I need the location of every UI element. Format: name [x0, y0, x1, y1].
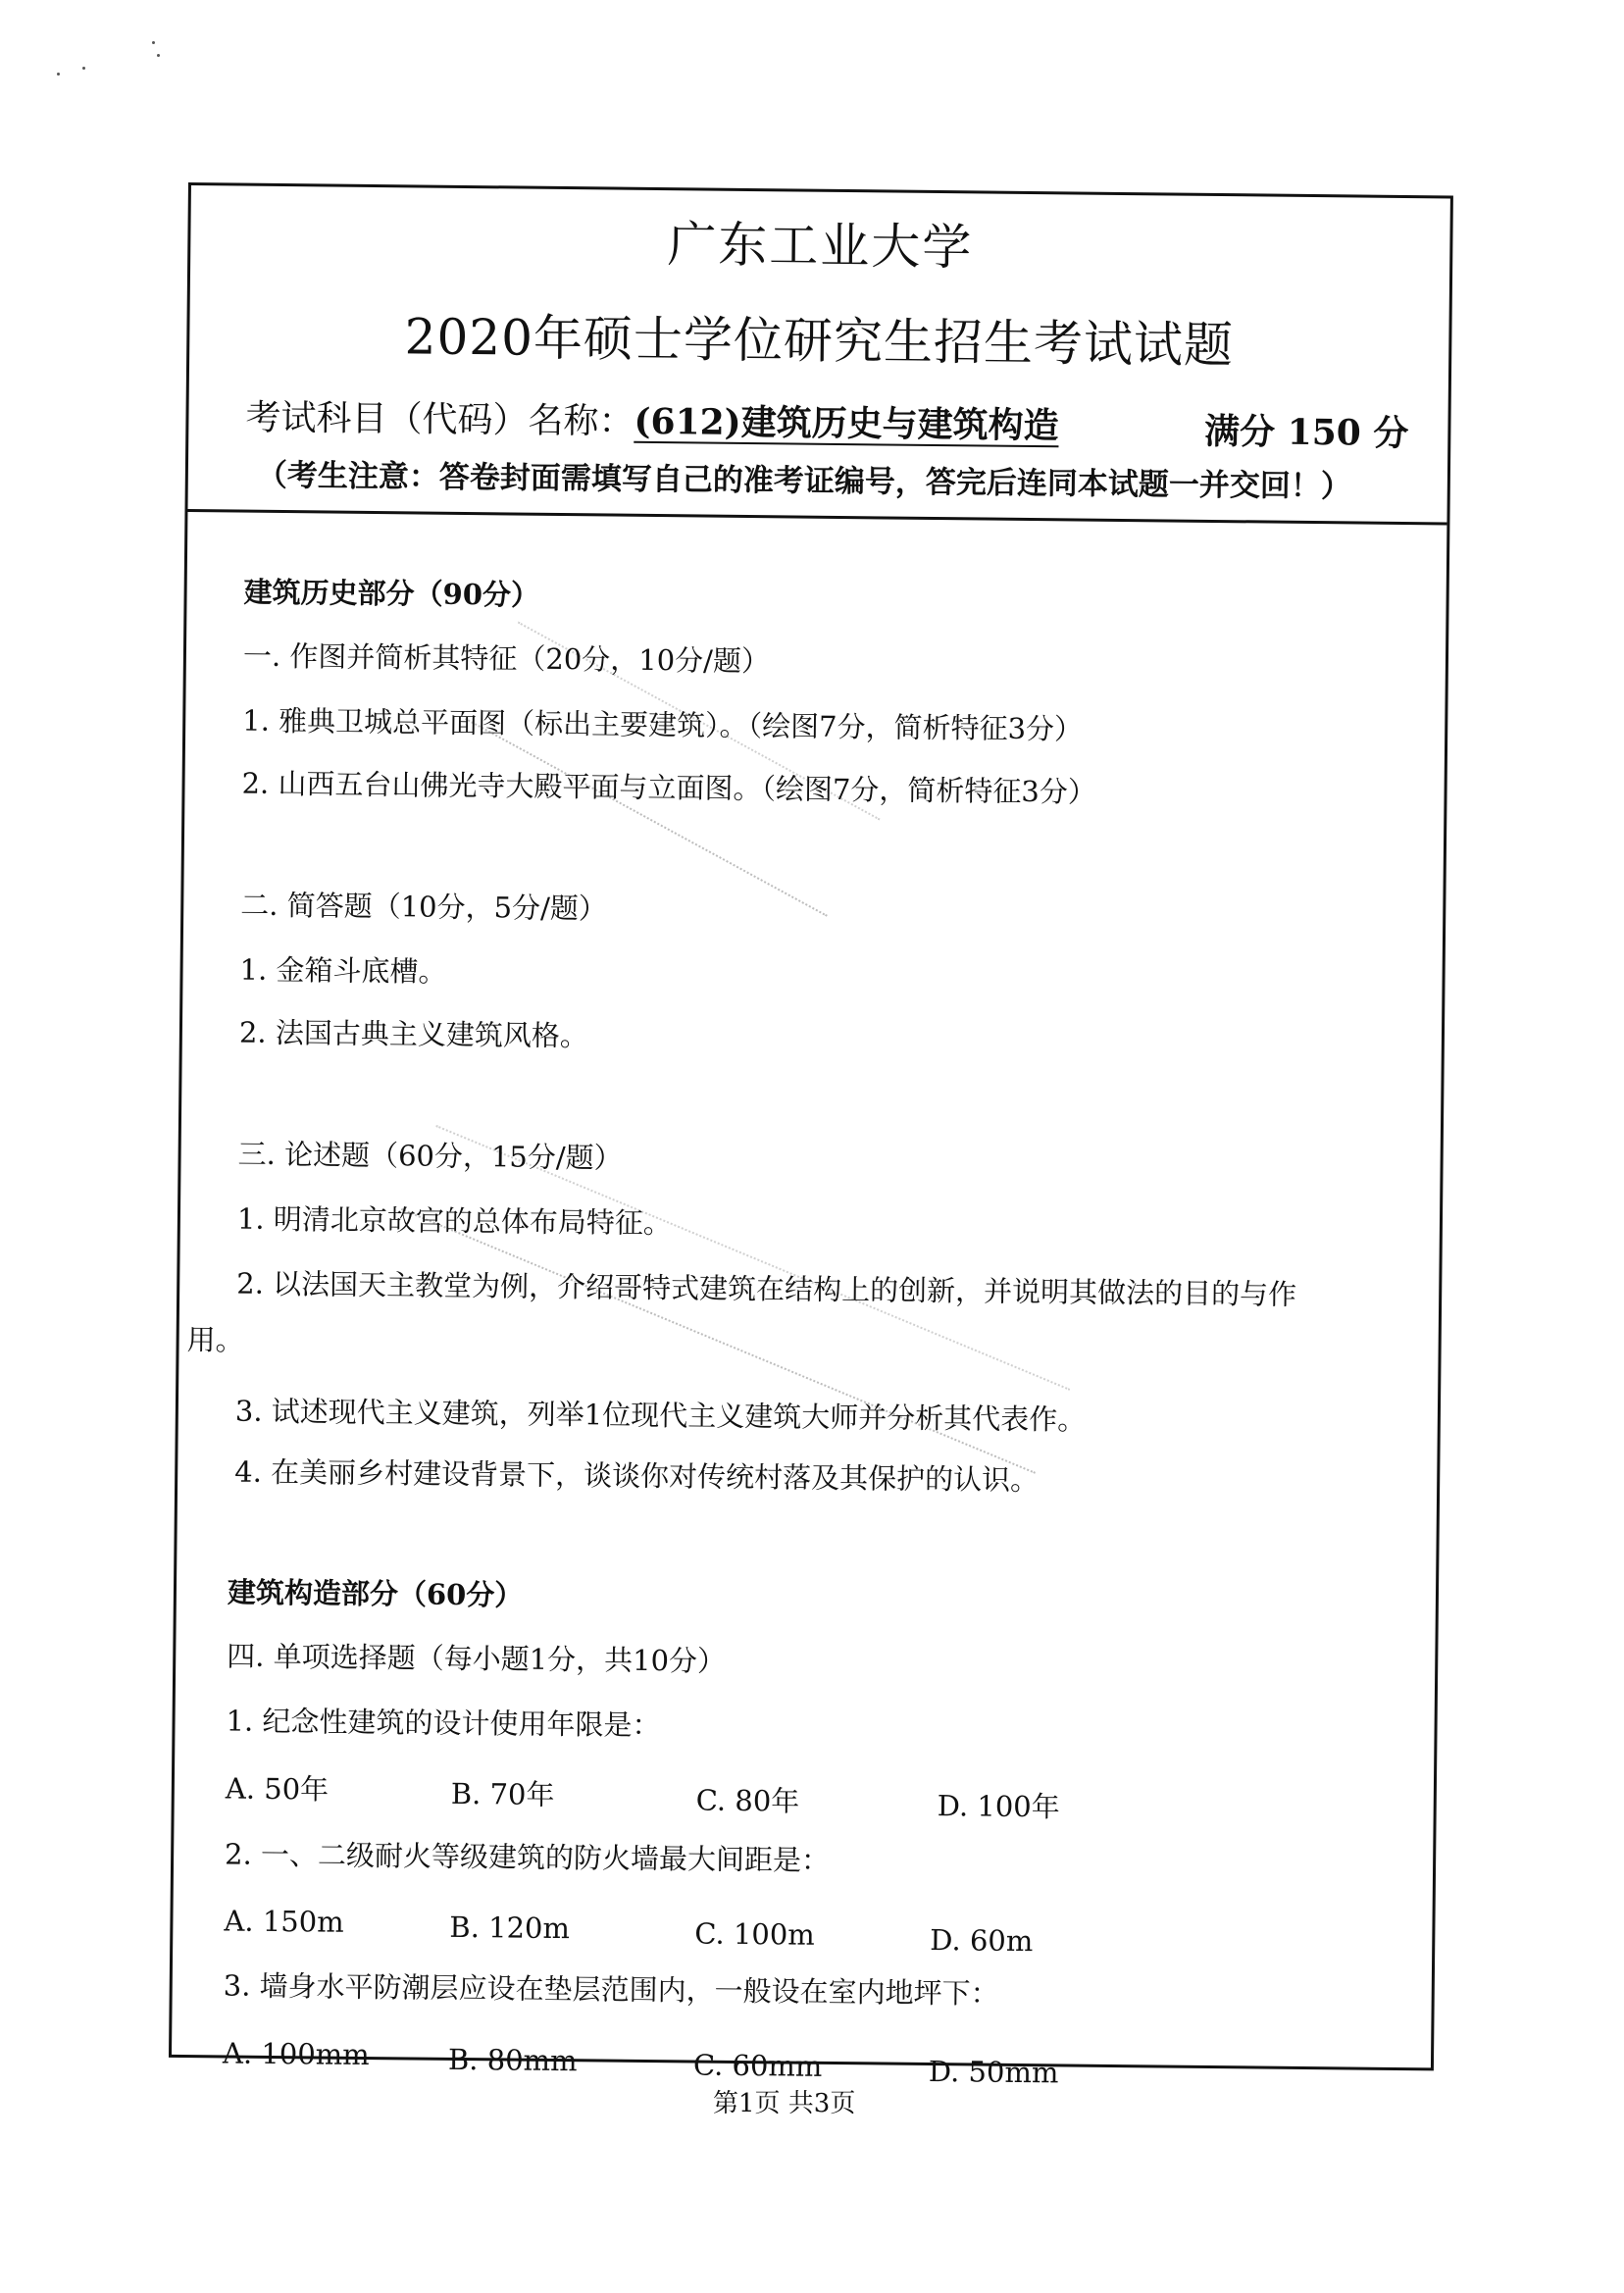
question-item: 1. 雅典卫城总平面图（标出主要建筑）。（绘图7分，简析特征3分） — [242, 707, 1083, 744]
section-2-title: 二. 简答题（10分，5分/题） — [240, 892, 607, 924]
mc-option-b: B. 70年 — [451, 1780, 555, 1809]
mc-option-d: D. 100年 — [938, 1792, 1060, 1821]
exam-frame: 广东工业大学 2020年硕士学位研究生招生考试试题 考试科目（代码）名称：(61… — [169, 182, 1453, 2070]
question-item: 1. 明清北京故宫的总体布局特征。 — [237, 1205, 672, 1239]
mc-option-b: B. 120m — [449, 1913, 570, 1943]
subject-name: (612)建筑历史与建筑构造 — [634, 401, 1059, 447]
exam-content: 建筑历史部分（90分） 一. 作图并简析其特征（20分，10分/题） 1. 雅典… — [172, 524, 1446, 2067]
mc-option-a: A. 150m — [224, 1907, 344, 1936]
section-3-title: 三. 论述题（60分，15分/题） — [237, 1141, 622, 1173]
question-item: 2. 法国古典主义建筑风格。 — [239, 1019, 588, 1051]
mc-question-stem: 2. 一、二级耐火等级建筑的防火墙最大间距是： — [225, 1840, 830, 1874]
university-name: 广东工业大学 — [190, 215, 1449, 277]
exam-page: 广东工业大学 2020年硕士学位研究生招生考试试题 考试科目（代码）名称：(61… — [0, 0, 1624, 2293]
mc-option-c: C. 100m — [694, 1920, 815, 1950]
section-1-title: 一. 作图并简析其特征（20分，10分/题） — [243, 642, 770, 677]
section-4-title: 四. 单项选择题（每小题1分，共10分） — [227, 1642, 726, 1675]
construction-part-title: 建筑构造部分（60分） — [228, 1578, 524, 1609]
question-item: 1. 金箱斗底槽。 — [239, 956, 446, 987]
candidate-notice: （考生注意：答卷封面需填写自己的准考证编号，答完后连同本试题一并交回！） — [257, 461, 1351, 503]
scan-speck — [57, 73, 60, 76]
question-item: 3. 试述现代主义建筑，列举1位现代主义建筑大师并分析其代表作。 — [235, 1398, 1087, 1435]
mc-option-a: A. 50年 — [226, 1774, 330, 1804]
mc-option-d: D. 60m — [930, 1926, 1033, 1956]
scan-speck — [157, 54, 160, 57]
scan-speck — [152, 41, 155, 44]
question-item: 2. 以法国天主教堂为例，介绍哥特式建筑在结构上的创新，并说明其做法的目的与作 — [236, 1270, 1296, 1309]
header-divider — [187, 509, 1446, 525]
question-item-continuation: 用。 — [186, 1326, 243, 1355]
mc-option-a: A. 100mm — [223, 2039, 370, 2069]
mc-question-stem: 1. 纪念性建筑的设计使用年限是： — [226, 1707, 660, 1740]
page-number: 第1页 共3页 — [713, 2083, 855, 2119]
mc-option-c: C. 60mm — [693, 2051, 823, 2080]
subject-row: 考试科目（代码）名称：(612)建筑历史与建筑构造 — [245, 400, 1059, 445]
question-item: 2. 山西五台山佛光寺大殿平面与立面图。（绘图7分，简析特征3分） — [241, 770, 1096, 807]
mc-question-stem: 3. 墙身水平防潮层应设在垫层范围内，一般设在室内地坪下： — [224, 1971, 999, 2008]
full-score: 满分 150 分 — [1204, 414, 1409, 451]
scan-speck — [82, 67, 85, 70]
subject-label: 考试科目（代码）名称： — [245, 398, 634, 442]
mc-option-d: D. 50mm — [929, 2058, 1059, 2087]
question-item: 4. 在美丽乡村建设背景下，谈谈你对传统村落及其保护的认识。 — [234, 1458, 1039, 1496]
exam-title: 2020年硕士学位研究生招生考试试题 — [189, 310, 1448, 372]
mc-option-b: B. 80mm — [448, 2046, 578, 2075]
history-part-title: 建筑历史部分（90分） — [243, 579, 539, 610]
mc-option-c: C. 80年 — [696, 1787, 800, 1816]
